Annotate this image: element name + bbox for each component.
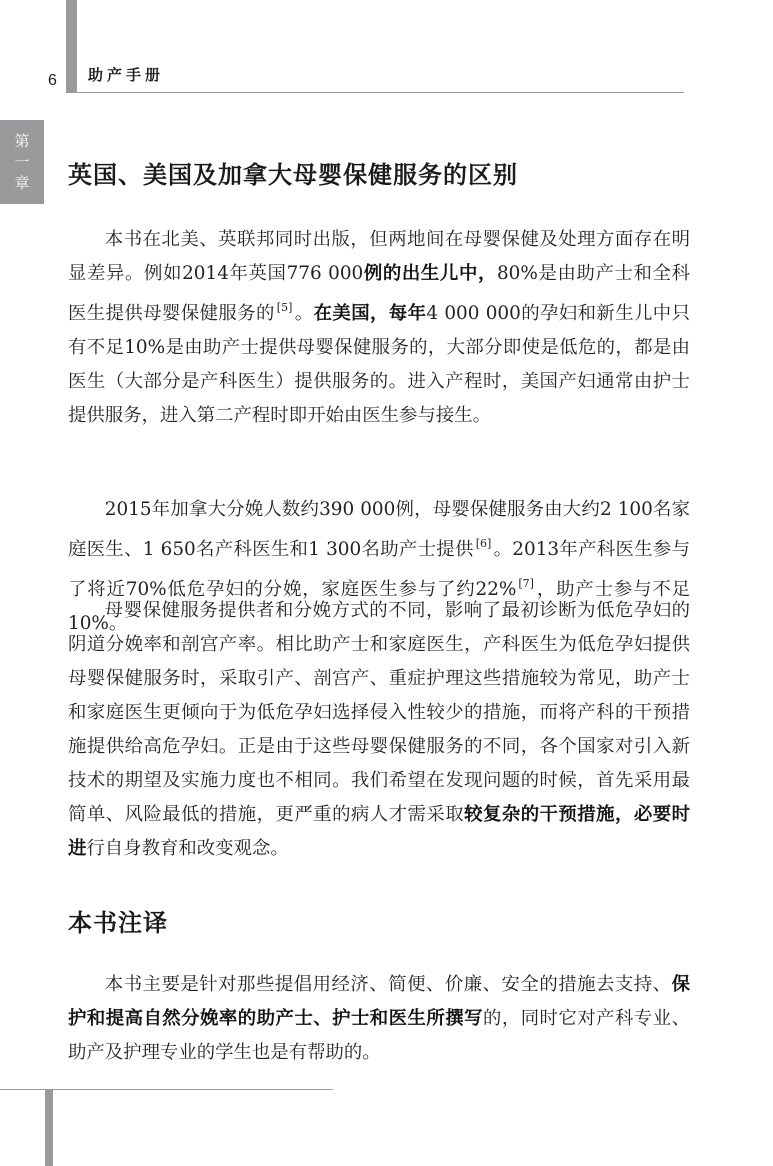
chapter-tab-char: 第 xyxy=(14,131,29,152)
citation-ref[interactable]: [5] xyxy=(277,301,293,314)
chapter-tab-char: 一 xyxy=(14,152,29,173)
running-header-title: 助产手册 xyxy=(88,64,164,85)
text-segment: 本书主要是针对那些提倡用经济、简便、价廉、安全的措施去支持、 xyxy=(105,974,672,995)
bottom-margin-bar xyxy=(45,1090,53,1166)
text-segment: 行自身教育和改变观念。 xyxy=(86,838,288,859)
paragraph-care-differences: 母婴保健服务提供者和分娩方式的不同，影响了最初诊断为低危孕妇的阴道分娩率和剖宫产… xyxy=(68,594,690,866)
header-rule xyxy=(77,92,684,93)
citation-ref[interactable]: [6] xyxy=(476,537,492,550)
bold-segment: 在美国，每年 xyxy=(314,303,427,324)
section-heading-comparison: 英国、美国及加拿大母婴保健服务的区别 xyxy=(68,155,518,190)
chapter-tab-char: 章 xyxy=(14,173,29,194)
top-margin-bar xyxy=(66,0,77,93)
chapter-tab: 第 一 章 xyxy=(0,120,44,204)
paragraph-uk-us: 本书在北美、英联邦同时出版，但两地间在母婴保健及处理方面存在明显差异。例如201… xyxy=(68,223,690,433)
text-segment: 。 xyxy=(294,303,313,324)
paragraph-book-purpose: 本书主要是针对那些提倡用经济、简便、价廉、安全的措施去支持、保护和提高自然分娩率… xyxy=(68,968,690,1070)
text-segment: 母婴保健服务提供者和分娩方式的不同，影响了最初诊断为低危孕妇的阴道分娩率和剖宫产… xyxy=(68,600,690,825)
citation-ref[interactable]: [7] xyxy=(518,577,534,590)
bold-segment: 例的出生儿中， xyxy=(363,263,497,284)
page-number: 6 xyxy=(48,72,57,90)
section-heading-book-notes: 本书注译 xyxy=(68,903,168,938)
